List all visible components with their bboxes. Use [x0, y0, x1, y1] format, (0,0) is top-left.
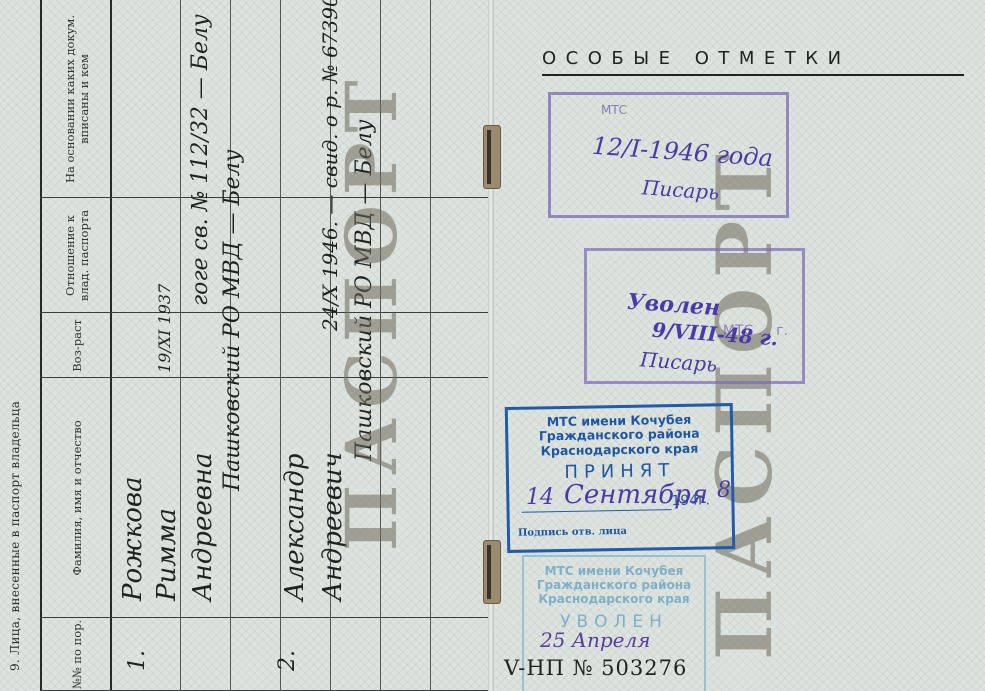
stamp-accepted-1948: МТС имени Кочубея Гражданского района Кр…	[505, 403, 736, 553]
column-header-age: Воз-раст	[44, 313, 110, 378]
staple-top	[483, 125, 501, 189]
row-2-number: 2.	[275, 650, 300, 671]
row-1-age: 19/XI 1937	[155, 284, 174, 373]
stamp-4-date: 25 Апреля	[540, 628, 650, 652]
left-page: 9. Лица, внесенные в паспорт владельца №…	[0, 0, 492, 691]
row-1-extra: Пашковский РО МВД — Белу	[220, 150, 245, 491]
row-1-surname: Рожкова	[118, 476, 148, 601]
stamp-3-month: Сентября	[564, 480, 708, 510]
row-1-firstname: Римма	[152, 508, 182, 601]
column-header-basis: На основании каких докум. вписаны и кем	[44, 0, 110, 198]
row-1-basis: гоге св. № 112/32 — Белу	[188, 14, 213, 306]
staple-bottom	[483, 540, 501, 604]
row-2-firstname: Александр	[280, 454, 310, 601]
stamp-3-org-3: Краснодарского края	[508, 441, 730, 459]
watermark-right: ПАСПОРТ	[700, 144, 789, 660]
row-1-patronymic: Андреевна	[188, 453, 218, 601]
watermark-left: ПАСПОРТ	[330, 70, 413, 551]
stamp-3-signature-label: Подпись отв. лица	[518, 526, 627, 539]
dependents-table: №№ по пор. Фамилия, имя и отчество Воз-р…	[40, 0, 492, 691]
passport-serial-number: V-НП № 503276	[504, 656, 687, 680]
page-title: ОСОБЫЕ ОТМЕТКИ	[542, 48, 851, 69]
section-caption: 9. Лица, внесенные в паспорт владельца	[8, 401, 22, 671]
column-header-name: Фамилия, имя и отчество	[44, 378, 110, 618]
stamp-3-day: 14	[526, 485, 554, 510]
stamp-3-year-suffix: 8	[717, 478, 731, 503]
column-header-relation: Отношение к влад. паспорта	[44, 198, 110, 313]
right-page: ОСОБЫЕ ОТМЕТКИ ПАСПОРТ МТС 12/I-1946 год…	[492, 0, 985, 691]
dependents-table-rotated: 9. Лица, внесенные в паспорт владельца №…	[0, 0, 492, 691]
title-underline	[542, 74, 964, 76]
row-1-number: 1.	[125, 650, 150, 671]
column-header-number: №№ по пор.	[44, 618, 110, 691]
